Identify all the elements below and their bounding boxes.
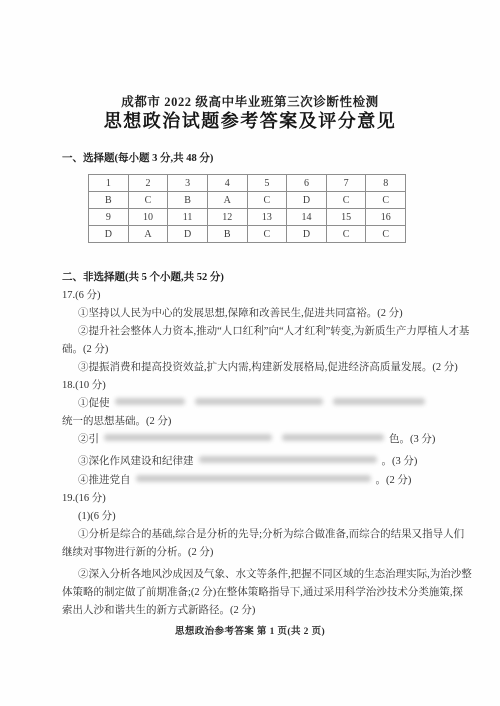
answer-line: ②引色。(3 分)	[78, 433, 435, 447]
answer-cell: 10	[128, 209, 168, 226]
redacted-text	[115, 398, 185, 405]
answer-cell: D	[89, 226, 129, 243]
page-footer: 思想政治参考答案 第 1 页(共 2 页)	[0, 623, 500, 637]
answer-line-text: ③深化作风建设和纪律建	[78, 456, 194, 467]
answer-line: ③深化作风建设和纪律建。(3 分)	[78, 455, 417, 469]
redacted-text	[282, 434, 384, 441]
answer-line: ③提振消费和提高投资效益,扩大内需,构建新发展格局,促进经济高质量发展。(2 分…	[78, 361, 458, 375]
answer-line-text: 色。(3 分)	[389, 434, 435, 445]
answer-cell: C	[247, 226, 287, 243]
answer-cell: 7	[326, 175, 366, 192]
answer-cell: 6	[287, 175, 327, 192]
answer-cell: A	[207, 192, 247, 209]
answer-cell: C	[326, 192, 366, 209]
table-row: 1 2 3 4 5 6 7 8	[89, 175, 406, 192]
table-row: B C B A C D C C	[89, 192, 406, 209]
choice-section-heading: 一、选择题(每小题 3 分,共 48 分)	[62, 152, 213, 166]
redacted-text	[199, 456, 377, 463]
answer-line: 继续对事物进行新的分析。(2 分)	[62, 546, 213, 560]
redacted-text	[104, 434, 272, 441]
answer-cell: D	[287, 226, 327, 243]
redacted-text	[136, 475, 371, 482]
answer-cell: C	[128, 192, 168, 209]
answer-line: 体策略的制定做了前期准备;(2 分)在整体策略指导下,通过采用科学治沙技术分类施…	[62, 586, 463, 600]
answer-cell: 5	[247, 175, 287, 192]
answer-line: 础。(2 分)	[62, 343, 108, 357]
answer-line: 统一的思想基础。(2 分)	[62, 415, 171, 429]
answer-cell: 13	[247, 209, 287, 226]
answer-line: ①促使	[78, 397, 430, 411]
answer-line: ①坚持以人民为中心的发展思想,保障和改善民生,促进共同富裕。(2 分)	[78, 307, 403, 321]
answer-cell: 9	[89, 209, 129, 226]
question-19-label: 19.(16 分)	[62, 492, 106, 506]
answer-line-text: ④推进党自	[78, 475, 131, 486]
question-19-part1-label: (1)(6 分)	[78, 510, 116, 524]
answer-cell: B	[168, 192, 208, 209]
table-row: D A D B C D C C	[89, 226, 406, 243]
answer-line: ④推进党自。(2 分)	[78, 474, 411, 488]
answer-cell: 11	[168, 209, 208, 226]
redacted-text	[333, 398, 425, 405]
table-row: 9 10 11 12 13 14 15 16	[89, 209, 406, 226]
answer-cell: B	[89, 192, 129, 209]
answer-line: ②深入分析各地风沙成因及气象、水文等条件,把握不同区域的生态治理实际,为治沙整	[78, 568, 472, 582]
answer-cell: 3	[168, 175, 208, 192]
answer-line-text: 。(3 分)	[382, 456, 418, 467]
document-page: 成都市 2022 级高中毕业班第三次诊断性检测 思想政治试题参考答案及评分意见 …	[0, 0, 500, 706]
answer-cell: C	[326, 226, 366, 243]
question-18-label: 18.(10 分)	[62, 379, 106, 393]
answer-cell: C	[247, 192, 287, 209]
answer-cell: B	[207, 226, 247, 243]
redacted-text	[195, 398, 323, 405]
answer-cell: C	[366, 192, 406, 209]
nonchoice-section-heading: 二、非选择题(共 5 个小题,共 52 分)	[62, 271, 224, 285]
answer-cell: 1	[89, 175, 129, 192]
answer-cell: 15	[326, 209, 366, 226]
answer-cell: C	[366, 226, 406, 243]
answer-cell: D	[168, 226, 208, 243]
answer-line-text: ②引	[78, 434, 99, 445]
answer-cell: 16	[366, 209, 406, 226]
answer-cell: 4	[207, 175, 247, 192]
answer-cell: 12	[207, 209, 247, 226]
answer-cell: 8	[366, 175, 406, 192]
answer-line-text: ①促使	[78, 398, 110, 409]
answer-line: ②提升社会整体人力资本,推动“人口红利”向“人才红利”转变,为新质生产力厚植人才…	[78, 325, 469, 339]
answer-table: 1 2 3 4 5 6 7 8 B C B A C D C C 9 10 11 …	[88, 174, 406, 243]
answer-line-text: 。(2 分)	[376, 475, 412, 486]
question-17-label: 17.(6 分)	[62, 289, 101, 303]
answer-cell: 2	[128, 175, 168, 192]
answer-line: ①分析是综合的基础,综合是分析的先导;分析为综合做准备,而综合的结果又指导人们	[78, 528, 464, 542]
document-title-line2: 思想政治试题参考答案及评分意见	[0, 107, 500, 133]
answer-cell: 14	[287, 209, 327, 226]
answer-line: 索出人沙和谐共生的新方式新路径。(2 分)	[62, 604, 255, 618]
answer-cell: A	[128, 226, 168, 243]
answer-cell: D	[287, 192, 327, 209]
